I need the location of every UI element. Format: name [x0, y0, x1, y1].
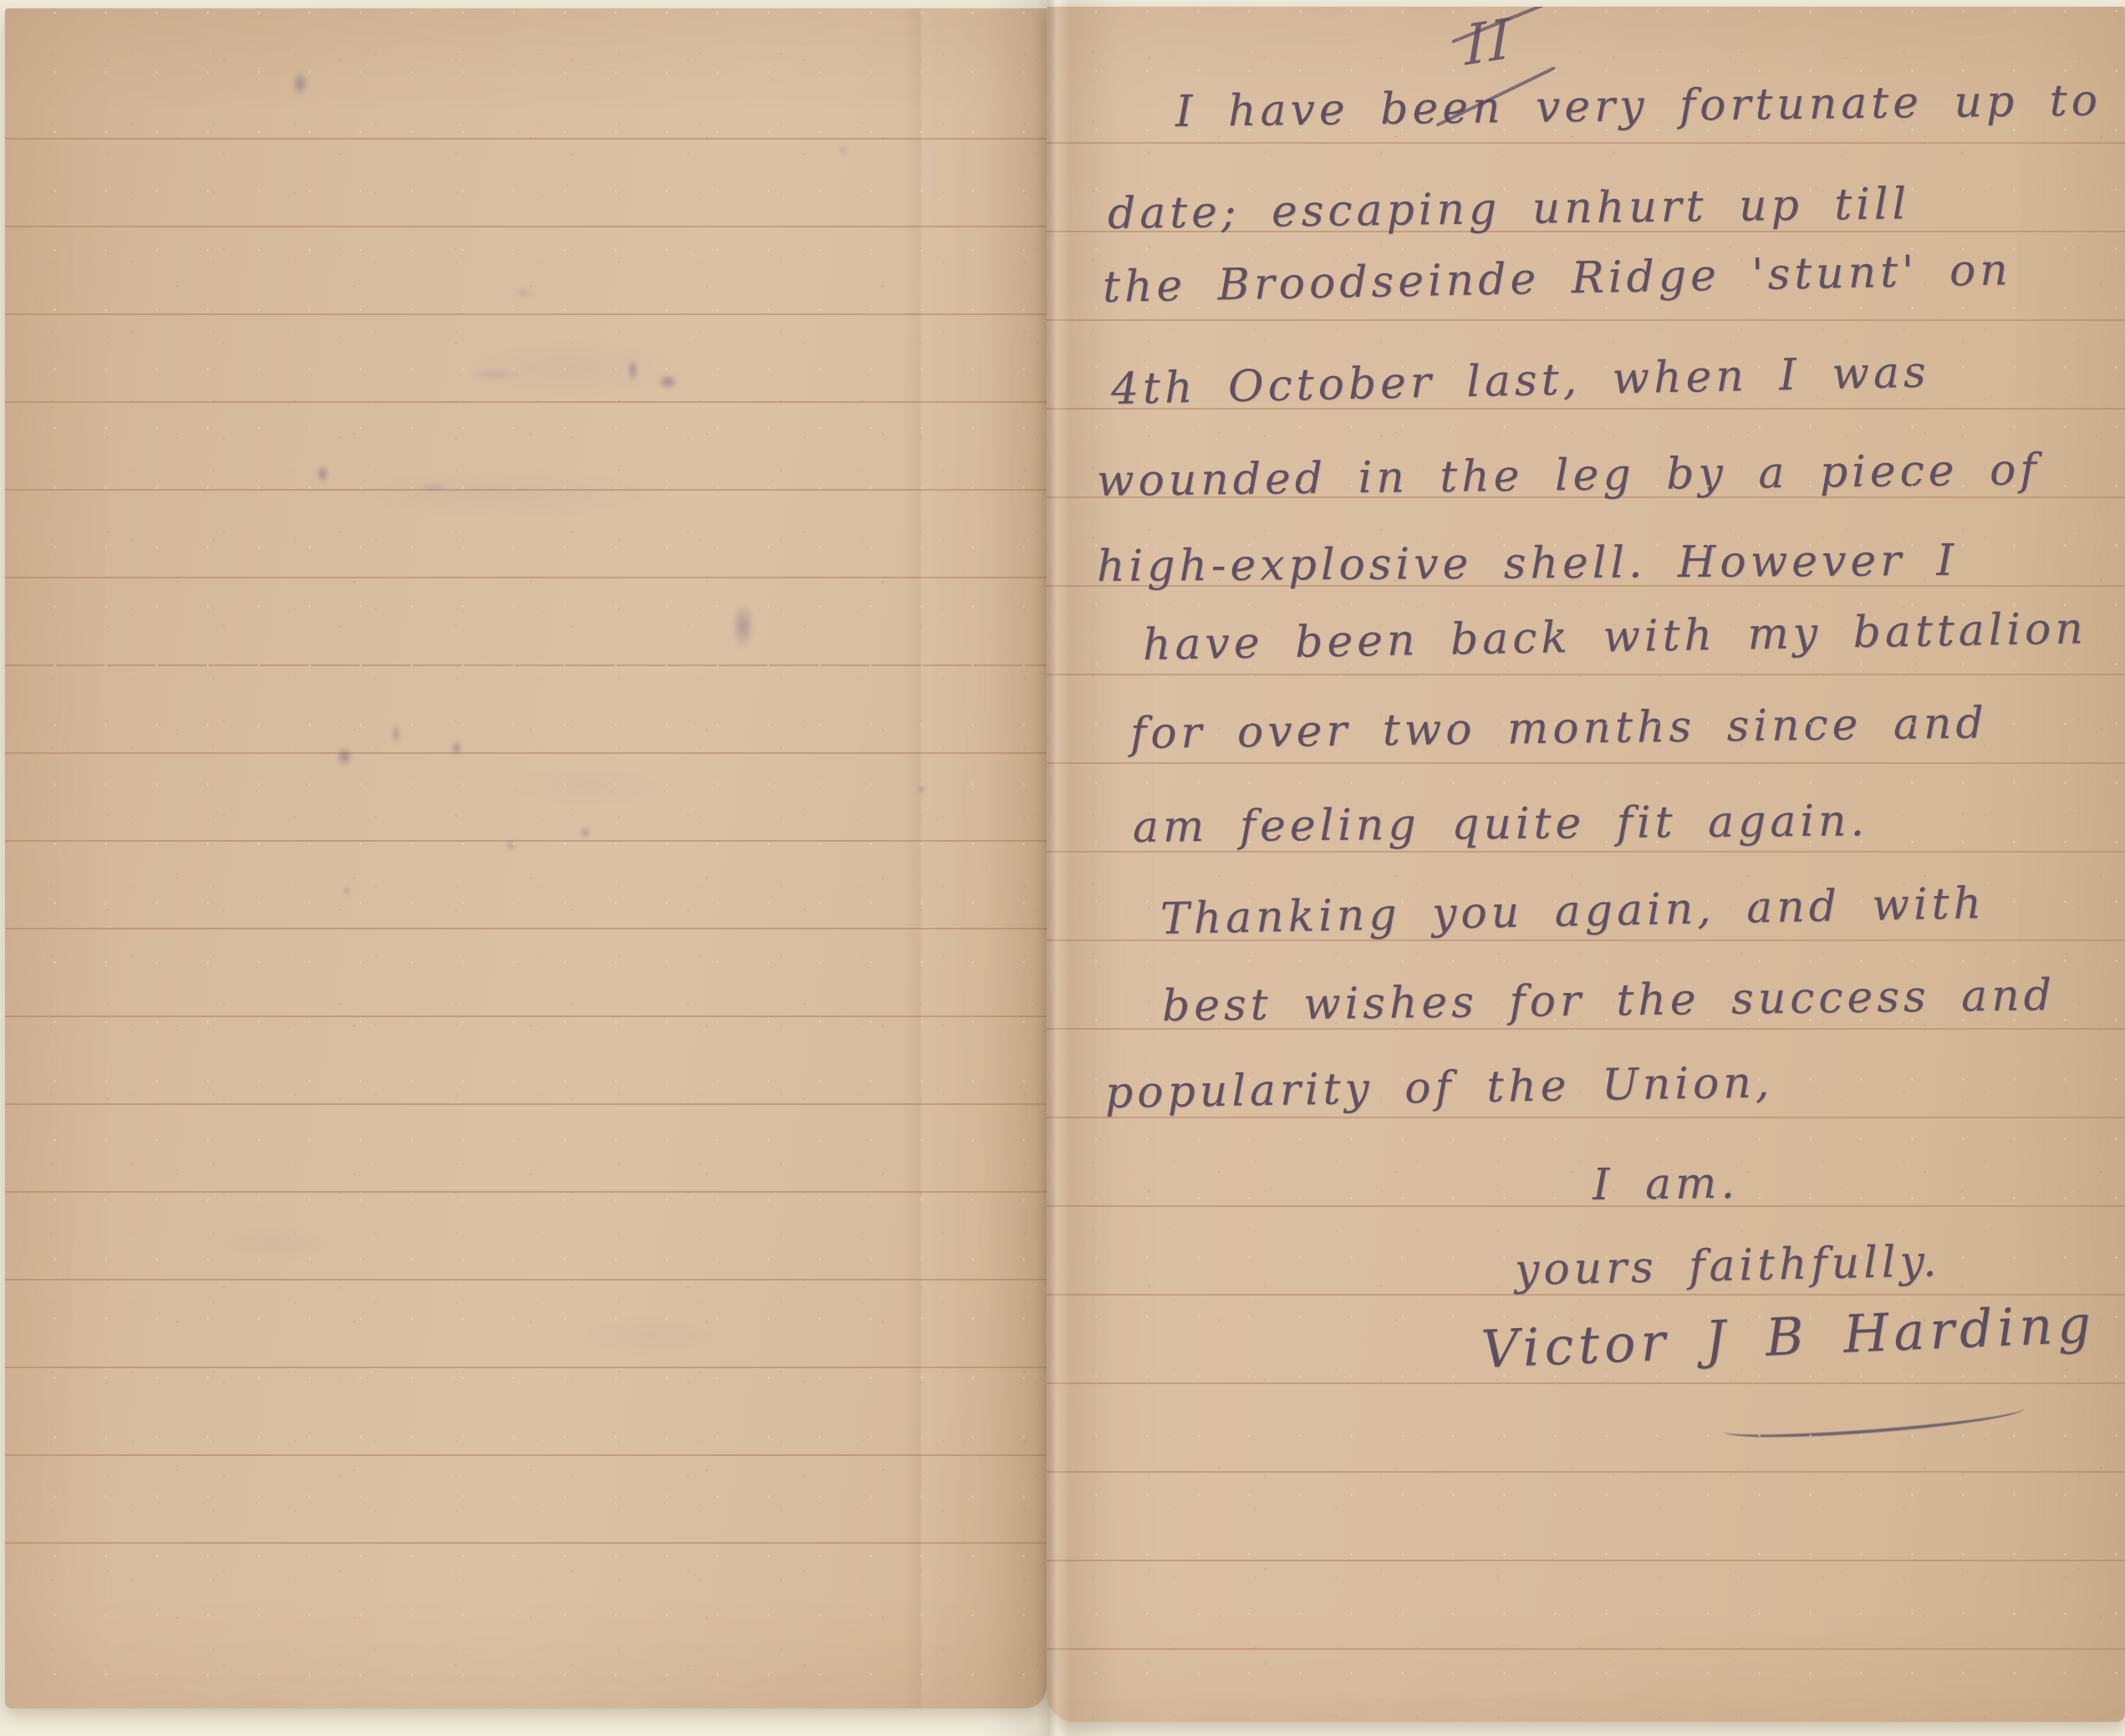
letter-line-10: Thanking you again, and with	[1160, 882, 1986, 941]
vertical-crease-left-page	[903, 8, 940, 1708]
letter-line-3: the Broodseinde Ridge 'stunt' on	[1103, 248, 2013, 309]
letter-line-2: date; escaping unhurt up till	[1108, 182, 1911, 236]
signature: Victor J B Harding	[1480, 1298, 2097, 1376]
letter-line-6: high-explosive shell. However I	[1097, 539, 1958, 588]
page-number: II	[1460, 12, 1517, 74]
letter-line-11: best wishes for the success and	[1162, 974, 2056, 1028]
page-right-letter: II I have been very fortunate up to date…	[1047, 7, 2125, 1722]
ruled-lines-left	[5, 138, 1047, 1545]
signature-underline-flourish	[1723, 1397, 2025, 1443]
closing-line-i-am: I am.	[1592, 1162, 1740, 1207]
letter-line-12: popularity of the Union,	[1105, 1061, 1774, 1115]
ink-smudge-layer	[5, 8, 1047, 1708]
letter-line-1: I have been very fortunate up to	[1175, 79, 2102, 134]
letter-line-7: have been back with my battalion	[1143, 607, 2088, 667]
letter-line-9: am feeling quite fit again.	[1133, 799, 1868, 849]
letter-line-4: 4th October last, when I was	[1110, 350, 1930, 411]
closing-line-valediction: yours faithfully.	[1514, 1240, 1940, 1292]
letter-line-8: for over two months since and	[1130, 701, 1988, 756]
letter-scan-spread: II I have been very fortunate up to date…	[0, 0, 2125, 1736]
letter-line-5: wounded in the leg by a piece of	[1097, 448, 2041, 503]
page-left-blank	[5, 8, 1047, 1708]
